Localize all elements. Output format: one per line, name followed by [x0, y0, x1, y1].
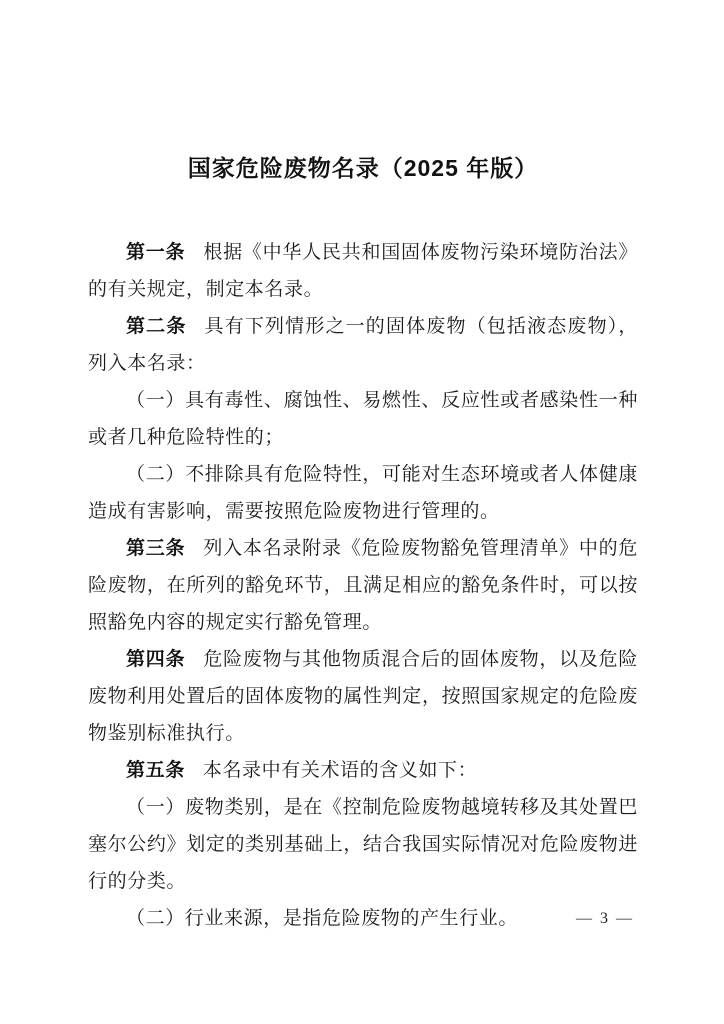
article-number-label: 第五条: [126, 760, 185, 781]
article-paragraph: 第五条本名录中有关术语的含义如下：: [88, 752, 638, 789]
page-number: — 3 —: [576, 910, 634, 928]
article-number-label: 第四条: [126, 649, 185, 670]
article-paragraph: （二）行业来源，是指危险废物的产生行业。: [88, 900, 638, 937]
article-number-label: 第一条: [126, 242, 185, 263]
article-text: 本名录中有关术语的含义如下：: [203, 760, 477, 781]
document-title: 国家危险废物名录（2025 年版）: [88, 152, 638, 184]
document-page: 国家危险废物名录（2025 年版） 第一条根据《中华人民共和国固体废物污染环境防…: [0, 0, 724, 1024]
article-paragraph: （二）不排除具有危险特性，可能对生态环境或者人体健康造成有害影响，需要按照危险废…: [88, 456, 638, 530]
article-text: （二）不排除具有危险特性，可能对生态环境或者人体健康造成有害影响，需要按照危险废…: [88, 464, 638, 522]
article-paragraph: 第二条具有下列情形之一的固体废物（包括液态废物），列入本名录：: [88, 308, 638, 382]
article-text: （一）具有毒性、腐蚀性、易燃性、反应性或者感染性一种或者几种危险特性的；: [88, 390, 638, 448]
article-number-label: 第三条: [126, 538, 185, 559]
article-paragraph: （一）废物类别，是在《控制危险废物越境转移及其处置巴塞尔公约》划定的类别基础上，…: [88, 789, 638, 900]
article-paragraph: （一）具有毒性、腐蚀性、易燃性、反应性或者感染性一种或者几种危险特性的；: [88, 382, 638, 456]
article-number-label: 第二条: [126, 316, 186, 337]
article-paragraph: 第一条根据《中华人民共和国固体废物污染环境防治法》的有关规定，制定本名录。: [88, 234, 638, 308]
article-paragraph: 第四条危险废物与其他物质混合后的固体废物，以及危险废物利用处置后的固体废物的属性…: [88, 641, 638, 752]
article-paragraph: 第三条列入本名录附录《危险废物豁免管理清单》中的危险废物，在所列的豁免环节，且满…: [88, 530, 638, 641]
article-text: （一）废物类别，是在《控制危险废物越境转移及其处置巴塞尔公约》划定的类别基础上，…: [88, 797, 638, 892]
article-text: （二）行业来源，是指危险废物的产生行业。: [126, 908, 518, 929]
document-body: 第一条根据《中华人民共和国固体废物污染环境防治法》的有关规定，制定本名录。 第二…: [88, 234, 638, 937]
